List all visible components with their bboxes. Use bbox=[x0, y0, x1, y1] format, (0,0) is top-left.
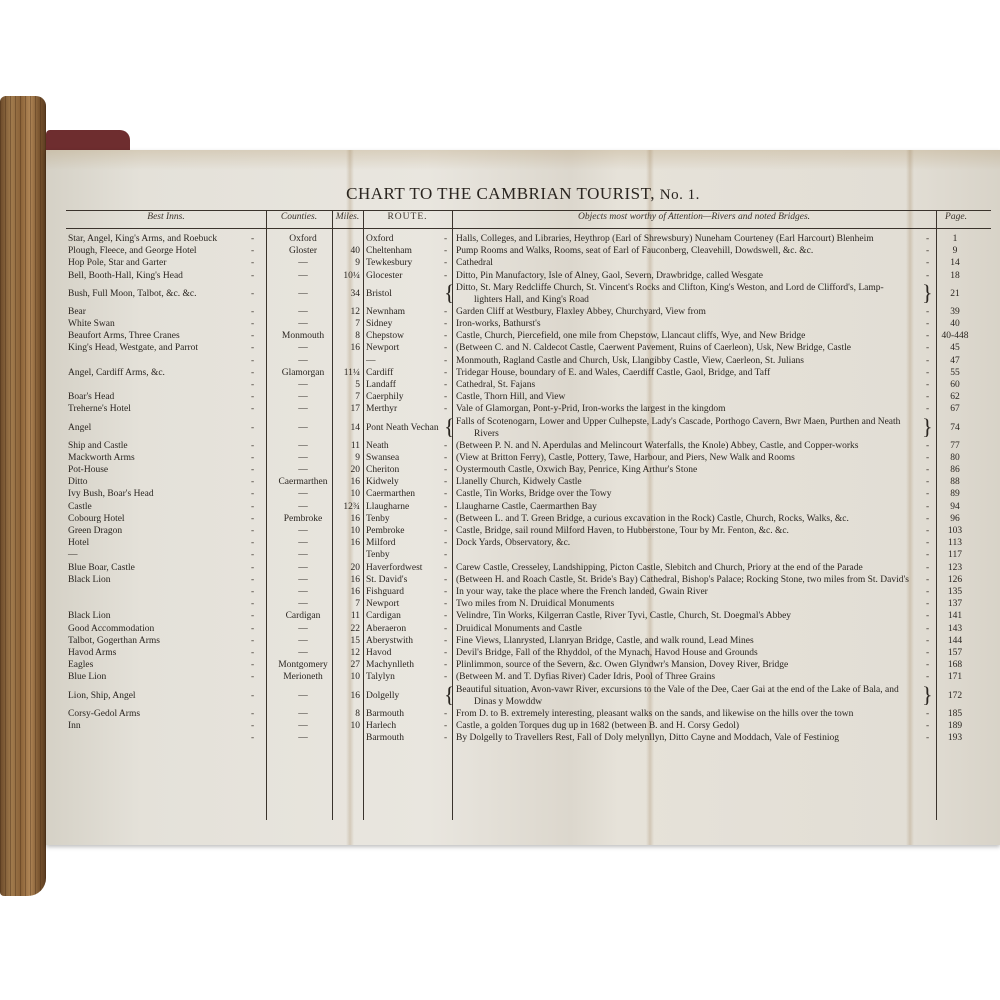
page-number: 168 bbox=[938, 659, 972, 671]
route-stop: Newport bbox=[366, 598, 399, 610]
inn-name: Star, Angel, King's Arms, and Roebuck bbox=[68, 233, 217, 245]
leader-dash: - bbox=[251, 440, 254, 452]
inn-name: Inn bbox=[68, 720, 81, 732]
inn-name: Talbot, Gogerthan Arms bbox=[68, 635, 160, 647]
route-stop: Tenby bbox=[366, 549, 390, 561]
page-number: 1 bbox=[938, 233, 972, 245]
leader-dash: - bbox=[926, 342, 929, 354]
miles-value: 9 bbox=[336, 452, 360, 464]
objects-text: (Between H. and Roach Castle, St. Bride'… bbox=[456, 574, 909, 586]
county-name: — bbox=[268, 720, 338, 732]
page-number: 103 bbox=[938, 525, 972, 537]
leader-dash: - bbox=[251, 403, 254, 415]
county-name: Oxford bbox=[268, 233, 338, 245]
leader-dash: - bbox=[251, 318, 254, 330]
route-stop: — bbox=[366, 355, 376, 367]
table-row: Star, Angel, King's Arms, and RoebuckOxf… bbox=[46, 233, 1000, 245]
inn-name: White Swan bbox=[68, 318, 115, 330]
header-miles: Miles. bbox=[332, 212, 363, 222]
leader-dash: - bbox=[926, 464, 929, 476]
header-page: Page. bbox=[936, 212, 976, 222]
header-top-rule bbox=[66, 210, 991, 211]
page-number: 94 bbox=[938, 501, 972, 513]
miles-value: 16 bbox=[336, 586, 360, 598]
leader-dash: - bbox=[251, 659, 254, 671]
leader-dash: - bbox=[251, 367, 254, 379]
leader-dash: - bbox=[926, 488, 929, 500]
leader-dash: - bbox=[251, 720, 254, 732]
header-bottom-rule bbox=[66, 228, 991, 229]
county-name: — bbox=[268, 562, 338, 574]
leader-dash: - bbox=[251, 671, 254, 683]
route-stop: Harlech bbox=[366, 720, 396, 732]
objects-text: Velindre, Tin Works, Kilgerran Castle, R… bbox=[456, 610, 791, 622]
leader-dash: - bbox=[444, 233, 447, 245]
county-name: — bbox=[268, 501, 338, 513]
leader-dash: - bbox=[926, 367, 929, 379]
leader-dash: - bbox=[444, 586, 447, 598]
inn-name: Good Accommodation bbox=[68, 623, 154, 635]
miles-value: 27 bbox=[336, 659, 360, 671]
miles-value: 14 bbox=[336, 422, 360, 434]
leader-dash: - bbox=[926, 245, 929, 257]
county-name: — bbox=[268, 257, 338, 269]
leader-dash: - bbox=[926, 549, 929, 561]
leader-dash: - bbox=[251, 501, 254, 513]
leader-dash: - bbox=[444, 623, 447, 635]
objects-text: Devil's Bridge, Fall of the Rhyddol, of … bbox=[456, 647, 758, 659]
page-number: 96 bbox=[938, 513, 972, 525]
leader-dash: - bbox=[444, 562, 447, 574]
page-number: 172 bbox=[938, 690, 972, 702]
page-number: 193 bbox=[938, 732, 972, 744]
page-number: 40-448 bbox=[938, 330, 972, 342]
county-name: — bbox=[268, 586, 338, 598]
route-stop: Swansea bbox=[366, 452, 399, 464]
miles-value: 17 bbox=[336, 403, 360, 415]
page-number: 39 bbox=[938, 306, 972, 318]
route-stop: Llaugharne bbox=[366, 501, 409, 513]
table-row: Beaufort Arms, Three CranesMonmouth8Chep… bbox=[46, 330, 1000, 342]
table-row: Havod Arms—12HavodDevil's Bridge, Fall o… bbox=[46, 647, 1000, 659]
table-row: Angel—14Pont Neath VechanFalls of Scoten… bbox=[46, 416, 1000, 440]
route-stop: Cardigan bbox=[366, 610, 401, 622]
leader-dash: - bbox=[444, 537, 447, 549]
page-number: 62 bbox=[938, 391, 972, 403]
route-stop: Milford bbox=[366, 537, 396, 549]
table-row: —5LandaffCathedral, St. Fajans---60 bbox=[46, 379, 1000, 391]
right-brace-icon: } bbox=[922, 684, 933, 706]
route-stop: Caerphily bbox=[366, 391, 403, 403]
page-number: 89 bbox=[938, 488, 972, 500]
leader-dash: - bbox=[251, 562, 254, 574]
inn-name: Hotel bbox=[68, 537, 89, 549]
leader-dash: - bbox=[251, 513, 254, 525]
objects-text-continued: Rivers bbox=[474, 428, 499, 440]
inn-name: Eagles bbox=[68, 659, 93, 671]
leader-dash: - bbox=[926, 306, 929, 318]
objects-text: From D. to B. extremely interesting, ple… bbox=[456, 708, 853, 720]
leader-dash: - bbox=[926, 610, 929, 622]
objects-text: Falls of Scotenogarn, Lower and Upper Cu… bbox=[456, 416, 900, 428]
table-row: White Swan—7SidneyIron-works, Bathurst's… bbox=[46, 318, 1000, 330]
objects-text: Oystermouth Castle, Oxwich Bay, Penrice,… bbox=[456, 464, 697, 476]
leader-dash: - bbox=[926, 708, 929, 720]
objects-text: In your way, take the place where the Fr… bbox=[456, 586, 708, 598]
header-best-inns: Best Inns. bbox=[66, 212, 266, 222]
county-name: — bbox=[268, 355, 338, 367]
miles-value: 34 bbox=[336, 288, 360, 300]
leader-dash: - bbox=[444, 330, 447, 342]
route-stop: Merthyr bbox=[366, 403, 397, 415]
leader-dash: - bbox=[444, 574, 447, 586]
objects-text: Garden Cliff at Westbury, Flaxley Abbey,… bbox=[456, 306, 706, 318]
county-name: Glamorgan bbox=[268, 367, 338, 379]
inn-name: — bbox=[68, 549, 78, 561]
miles-value: 12 bbox=[336, 306, 360, 318]
route-stop: Kidwely bbox=[366, 476, 399, 488]
inn-name: Treherne's Hotel bbox=[68, 403, 131, 415]
leader-dash: - bbox=[251, 355, 254, 367]
route-stop: Talylyn bbox=[366, 671, 395, 683]
objects-text: (Between L. and T. Green Bridge, a curio… bbox=[456, 513, 849, 525]
route-stop: Glocester bbox=[366, 270, 402, 282]
table-row: Plough, Fleece, and George HotelGloster4… bbox=[46, 245, 1000, 257]
miles-value: 8 bbox=[336, 330, 360, 342]
route-stop: Fishguard bbox=[366, 586, 404, 598]
page-number: 171 bbox=[938, 671, 972, 683]
objects-text: By Dolgelly to Travellers Rest, Fall of … bbox=[456, 732, 839, 744]
header-route: ROUTE. bbox=[363, 212, 452, 222]
miles-value: 10 bbox=[336, 525, 360, 537]
page-number: 55 bbox=[938, 367, 972, 379]
objects-text: Iron-works, Bathurst's bbox=[456, 318, 541, 330]
leader-dash: - bbox=[444, 379, 447, 391]
leader-dash: - bbox=[444, 598, 447, 610]
objects-text: Halls, Colleges, and Libraries, Heythrop… bbox=[456, 233, 874, 245]
miles-value: 10¼ bbox=[336, 270, 360, 282]
county-name: — bbox=[268, 525, 338, 537]
table-row: ——Monmouth, Ragland Castle and Church, U… bbox=[46, 355, 1000, 367]
inn-name: King's Head, Westgate, and Parrot bbox=[68, 342, 198, 354]
objects-text-continued: lighters Hall, and King's Road bbox=[474, 294, 589, 306]
table-row: Green Dragon—10PembrokeCastle, Bridge, s… bbox=[46, 525, 1000, 537]
inn-name: Blue Boar, Castle bbox=[68, 562, 135, 574]
page-number: 9 bbox=[938, 245, 972, 257]
route-stop: Machynlleth bbox=[366, 659, 414, 671]
leader-dash: - bbox=[251, 574, 254, 586]
leader-dash: - bbox=[926, 598, 929, 610]
leader-dash: - bbox=[926, 586, 929, 598]
miles-value: 16 bbox=[336, 476, 360, 488]
page-number: 123 bbox=[938, 562, 972, 574]
table-row: Inn—10HarlechCastle, a golden Torques du… bbox=[46, 720, 1000, 732]
page-number: 126 bbox=[938, 574, 972, 586]
leader-dash: - bbox=[444, 476, 447, 488]
table-row: Ship and Castle—11Neath(Between P. N. an… bbox=[46, 440, 1000, 452]
objects-text: Castle, a golden Torques dug up in 1682 … bbox=[456, 720, 739, 732]
leader-dash: - bbox=[444, 355, 447, 367]
table-row: Ivy Bush, Boar's Head—10CaermarthenCastl… bbox=[46, 488, 1000, 500]
book-spine bbox=[0, 96, 46, 896]
table-row: Good Accommodation—22AberaeronDruidical … bbox=[46, 623, 1000, 635]
inn-name: Ivy Bush, Boar's Head bbox=[68, 488, 154, 500]
inn-name: Pot-House bbox=[68, 464, 108, 476]
inn-name: Mackworth Arms bbox=[68, 452, 135, 464]
table-row: DittoCaermarthen16KidwelyLlanelly Church… bbox=[46, 476, 1000, 488]
page-number: 18 bbox=[938, 270, 972, 282]
county-name: — bbox=[268, 690, 338, 702]
header-counties: Counties. bbox=[266, 212, 332, 222]
inn-name: Ditto bbox=[68, 476, 88, 488]
inn-name: Beaufort Arms, Three Cranes bbox=[68, 330, 180, 342]
objects-text: Tridegar House, boundary of E. and Wales… bbox=[456, 367, 770, 379]
objects-text: Dock Yards, Observatory, &c. bbox=[456, 537, 570, 549]
leader-dash: - bbox=[444, 610, 447, 622]
leader-dash: - bbox=[251, 306, 254, 318]
route-stop: Barmouth bbox=[366, 732, 404, 744]
page-number: 185 bbox=[938, 708, 972, 720]
inn-name: Bear bbox=[68, 306, 86, 318]
leader-dash: - bbox=[251, 488, 254, 500]
leader-dash: - bbox=[926, 476, 929, 488]
inn-name: Blue Lion bbox=[68, 671, 106, 683]
page-number: 135 bbox=[938, 586, 972, 598]
page-number: 189 bbox=[938, 720, 972, 732]
miles-value: 7 bbox=[336, 318, 360, 330]
leader-dash: - bbox=[926, 391, 929, 403]
table-row: Mackworth Arms—9Swansea(View at Britton … bbox=[46, 452, 1000, 464]
inn-name: Bell, Booth-Hall, King's Head bbox=[68, 270, 183, 282]
route-stop: Bristol bbox=[366, 288, 392, 300]
left-brace-icon: { bbox=[444, 684, 455, 706]
miles-value: 20 bbox=[336, 562, 360, 574]
miles-value: 16 bbox=[336, 513, 360, 525]
leader-dash: - bbox=[926, 659, 929, 671]
county-name: — bbox=[268, 288, 338, 300]
table-row: Pot-House—20CheritonOystermouth Castle, … bbox=[46, 464, 1000, 476]
leader-dash: - bbox=[926, 501, 929, 513]
page-number: 144 bbox=[938, 635, 972, 647]
leader-dash: - bbox=[251, 598, 254, 610]
right-brace-icon: } bbox=[922, 416, 933, 438]
leader-dash: - bbox=[444, 306, 447, 318]
table-row: Talbot, Gogerthan Arms—15AberystwithFine… bbox=[46, 635, 1000, 647]
leader-dash: - bbox=[926, 732, 929, 744]
page-number: 113 bbox=[938, 537, 972, 549]
inn-name: Boar's Head bbox=[68, 391, 114, 403]
page-number: 14 bbox=[938, 257, 972, 269]
table-row: —7NewportTwo miles from N. Druidical Mon… bbox=[46, 598, 1000, 610]
leader-dash: - bbox=[444, 245, 447, 257]
miles-value: 5 bbox=[336, 379, 360, 391]
leader-dash: - bbox=[444, 513, 447, 525]
county-name: — bbox=[268, 574, 338, 586]
leader-dash: - bbox=[926, 562, 929, 574]
title-number: No. 1. bbox=[660, 187, 700, 203]
inn-name: Hop Pole, Star and Garter bbox=[68, 257, 166, 269]
leader-dash: - bbox=[444, 488, 447, 500]
miles-value: 15 bbox=[336, 635, 360, 647]
table-row: Bush, Full Moon, Talbot, &c. &c.—34Brist… bbox=[46, 282, 1000, 306]
leader-dash: - bbox=[251, 245, 254, 257]
miles-value: 16 bbox=[336, 342, 360, 354]
inn-name: Bush, Full Moon, Talbot, &c. &c. bbox=[68, 288, 196, 300]
leader-dash: - bbox=[444, 452, 447, 464]
route-stop: Aberystwith bbox=[366, 635, 413, 647]
leader-dash: - bbox=[251, 464, 254, 476]
miles-value: 12 bbox=[336, 647, 360, 659]
leader-dash: - bbox=[251, 525, 254, 537]
objects-text: Vale of Glamorgan, Pont-y-Prid, Iron-wor… bbox=[456, 403, 726, 415]
leader-dash: - bbox=[926, 647, 929, 659]
page-number: 86 bbox=[938, 464, 972, 476]
leader-dash: - bbox=[251, 452, 254, 464]
leader-dash: - bbox=[251, 257, 254, 269]
leader-dash: - bbox=[444, 257, 447, 269]
leader-dash: - bbox=[251, 690, 254, 702]
left-brace-icon: { bbox=[444, 416, 455, 438]
leader-dash: - bbox=[444, 342, 447, 354]
leader-dash: - bbox=[444, 732, 447, 744]
page-number: 45 bbox=[938, 342, 972, 354]
leader-dash: - bbox=[926, 379, 929, 391]
leader-dash: - bbox=[444, 720, 447, 732]
county-name: — bbox=[268, 452, 338, 464]
table-row: Black LionCardigan11CardiganVelindre, Ti… bbox=[46, 610, 1000, 622]
objects-text-continued: Dinas y Mowddw bbox=[474, 696, 542, 708]
page-number: 88 bbox=[938, 476, 972, 488]
leader-dash: - bbox=[251, 732, 254, 744]
miles-value: 16 bbox=[336, 574, 360, 586]
table-row: Black Lion—16St. David's(Between H. and … bbox=[46, 574, 1000, 586]
leader-dash: - bbox=[926, 233, 929, 245]
route-stop: Landaff bbox=[366, 379, 396, 391]
table-row: Bell, Booth-Hall, King's Head—10¼Glocest… bbox=[46, 270, 1000, 282]
page-number: 47 bbox=[938, 355, 972, 367]
page-number: 74 bbox=[938, 422, 972, 434]
miles-value: 7 bbox=[336, 598, 360, 610]
inn-name: Corsy-Gedol Arms bbox=[68, 708, 140, 720]
route-stop: Tenby bbox=[366, 513, 390, 525]
leader-dash: - bbox=[251, 379, 254, 391]
inn-name: Lion, Ship, Angel bbox=[68, 690, 136, 702]
county-name: — bbox=[268, 708, 338, 720]
inn-name: Angel bbox=[68, 422, 91, 434]
leader-dash: - bbox=[251, 342, 254, 354]
page-number: 137 bbox=[938, 598, 972, 610]
table-row: —BarmouthBy Dolgelly to Travellers Rest,… bbox=[46, 732, 1000, 744]
miles-value: 12¾ bbox=[336, 501, 360, 513]
county-name: Cardigan bbox=[268, 610, 338, 622]
county-name: — bbox=[268, 440, 338, 452]
county-name: — bbox=[268, 342, 338, 354]
miles-value: 11 bbox=[336, 610, 360, 622]
route-stop: Chepstow bbox=[366, 330, 404, 342]
page-number: 77 bbox=[938, 440, 972, 452]
county-name: — bbox=[268, 379, 338, 391]
table-row: Angel, Cardiff Arms, &c.Glamorgan11¼Card… bbox=[46, 367, 1000, 379]
leader-dash: - bbox=[444, 647, 447, 659]
leader-dash: - bbox=[251, 623, 254, 635]
table-row: Boar's Head—7CaerphilyCastle, Thorn Hill… bbox=[46, 391, 1000, 403]
leader-dash: - bbox=[926, 720, 929, 732]
county-name: — bbox=[268, 647, 338, 659]
county-name: — bbox=[268, 306, 338, 318]
objects-text: Two miles from N. Druidical Monuments bbox=[456, 598, 614, 610]
leader-dash: - bbox=[926, 525, 929, 537]
right-brace-icon: } bbox=[922, 282, 933, 304]
objects-text: Monmouth, Ragland Castle and Church, Usk… bbox=[456, 355, 804, 367]
miles-value: 8 bbox=[336, 708, 360, 720]
page-number: 80 bbox=[938, 452, 972, 464]
leader-dash: - bbox=[926, 318, 929, 330]
leader-dash: - bbox=[251, 537, 254, 549]
inn-name: Havod Arms bbox=[68, 647, 116, 659]
county-name: Caermarthen bbox=[268, 476, 338, 488]
leader-dash: - bbox=[926, 623, 929, 635]
leader-dash: - bbox=[926, 257, 929, 269]
leader-dash: - bbox=[251, 391, 254, 403]
leader-dash: - bbox=[251, 549, 254, 561]
miles-value: 10 bbox=[336, 488, 360, 500]
miles-value: 11¼ bbox=[336, 367, 360, 379]
table-row: Castle—12¾LlaugharneLlaugharne Castle, C… bbox=[46, 501, 1000, 513]
page-number: 67 bbox=[938, 403, 972, 415]
route-stop: Tewkesbury bbox=[366, 257, 412, 269]
miles-value: 16 bbox=[336, 690, 360, 702]
route-stop: Neath bbox=[366, 440, 389, 452]
objects-text: Druidical Monuments and Castle bbox=[456, 623, 582, 635]
leader-dash: - bbox=[444, 525, 447, 537]
leader-dash: - bbox=[926, 574, 929, 586]
title-text: CHART TO THE CAMBRIAN TOURIST, bbox=[346, 184, 655, 203]
leader-dash: - bbox=[926, 452, 929, 464]
leader-dash: - bbox=[251, 476, 254, 488]
inn-name: Black Lion bbox=[68, 610, 110, 622]
leader-dash: - bbox=[251, 422, 254, 434]
inn-name: Cobourg Hotel bbox=[68, 513, 125, 525]
leader-dash: - bbox=[444, 367, 447, 379]
table-row: Treherne's Hotel—17MerthyrVale of Glamor… bbox=[46, 403, 1000, 415]
table-row: Blue Boar, Castle—20HaverfordwestCarew C… bbox=[46, 562, 1000, 574]
county-name: — bbox=[268, 598, 338, 610]
table-row: Corsy-Gedol Arms—8BarmouthFrom D. to B. … bbox=[46, 708, 1000, 720]
route-stop: Oxford bbox=[366, 233, 393, 245]
route-stop: Cardiff bbox=[366, 367, 393, 379]
leader-dash: - bbox=[251, 330, 254, 342]
county-name: Merioneth bbox=[268, 671, 338, 683]
county-name: Gloster bbox=[268, 245, 338, 257]
miles-value: 9 bbox=[336, 257, 360, 269]
objects-text: Llanelly Church, Kidwely Castle bbox=[456, 476, 582, 488]
miles-value: 20 bbox=[336, 464, 360, 476]
leader-dash: - bbox=[444, 549, 447, 561]
inn-name: Plough, Fleece, and George Hotel bbox=[68, 245, 197, 257]
objects-text: (Between P. N. and N. Aperdulas and Meli… bbox=[456, 440, 858, 452]
objects-text: Cathedral bbox=[456, 257, 493, 269]
county-name: — bbox=[268, 270, 338, 282]
county-name: — bbox=[268, 549, 338, 561]
route-stop: Barmouth bbox=[366, 708, 404, 720]
leader-dash: - bbox=[251, 586, 254, 598]
route-stop: Havod bbox=[366, 647, 391, 659]
miles-value: 11 bbox=[336, 440, 360, 452]
objects-text: Beautiful situation, Avon-vawr River, ex… bbox=[456, 684, 899, 696]
table-row: ——Tenby---117 bbox=[46, 549, 1000, 561]
county-name: — bbox=[268, 623, 338, 635]
objects-text: Ditto, Pin Manufactory, Isle of Alney, G… bbox=[456, 270, 763, 282]
